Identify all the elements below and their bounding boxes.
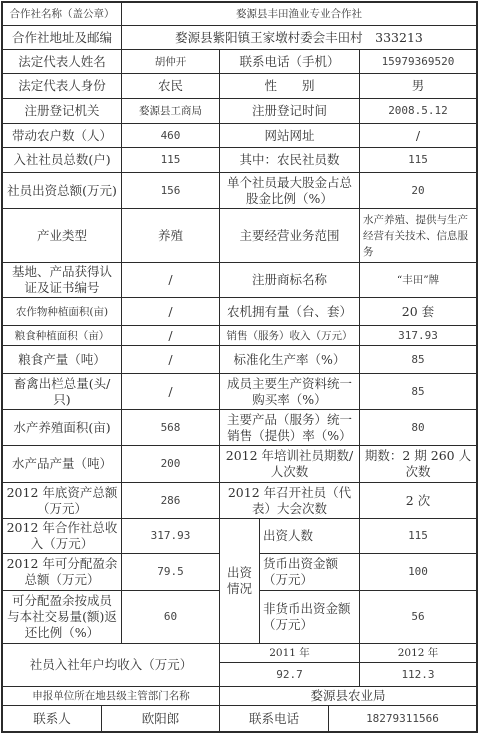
unified-sales-value: 80 [359,409,477,446]
rebate-ratio-label: 可分配盈余按成员与本社交易量(额)返还比例（%） [2,590,122,644]
industry-type-label: 产业类型 [2,208,122,263]
business-scope-label: 主要经营业务范围 [219,208,360,263]
training-label: 2012 年培训社员期数/人次数 [219,445,360,483]
unified-purchase-value: 85 [359,373,477,410]
year-2011-header: 2011 年 [219,643,360,663]
cash-capital-label: 货币出资金额（万元） [259,553,360,591]
meetings-label: 2012 年召开社员（代表）大会次数 [219,482,360,519]
standardization-label: 标准化生产率（%） [219,345,360,374]
aquaculture-area-label: 水产养殖面积(亩) [2,409,122,446]
distributable-surplus-value: 79.5 [121,553,220,591]
address-label: 合作社地址及邮编 [2,25,122,50]
max-share-label: 单个社员最大股金占总股金比例（%） [219,172,360,209]
total-income-value: 317.93 [121,518,220,554]
gender-value: 男 [359,73,477,99]
industry-type-value: 养殖 [121,208,220,263]
contact-value: 欧阳郎 [101,705,220,733]
livestock-label: 畜禽出栏总量(头/只) [2,373,122,410]
training-value: 期数：2 期 260 人次数 [359,445,477,483]
investors-label: 出资人数 [259,518,360,554]
website-label: 网站网址 [219,123,360,148]
contact-phone-value: 18279311566 [328,705,477,733]
unified-sales-label: 主要产品（服务）统一销售（提供）率（%） [219,409,360,446]
noncash-capital-value: 56 [359,590,477,644]
capital-group-label: 出资情况 [219,518,260,644]
crop-area-value: / [121,297,220,326]
grain-area-label: 粮食种植面积（亩） [2,325,122,346]
assets-label: 2012 年底资产总额（万元） [2,482,122,519]
business-scope-value: 水产养殖、提供与生产经营有关技术、信息服务 [359,208,477,263]
trademark-value: “丰田”牌 [359,262,477,298]
noncash-capital-label: 非货币出资金额（万元） [259,590,360,644]
distributable-surplus-label: 2012 年可分配盈余总额（万元） [2,553,122,591]
sales-income-value: 317.93 [359,325,477,346]
total-income-label: 2012 年合作社总收入（万元） [2,518,122,554]
year-2012-header: 2012 年 [359,643,477,663]
certification-value: / [121,262,220,298]
machinery-label: 农机拥有量（台、套） [219,297,360,326]
legal-rep-name-label: 法定代表人姓名 [2,49,122,74]
capital-total-label: 社员出资总额(万元) [2,172,122,209]
investors-value: 115 [359,518,477,554]
website-value: / [359,123,477,148]
aquatic-output-label: 水产品产量（吨） [2,445,122,483]
livestock-value: / [121,373,220,410]
avg-income-label: 社员入社年户均收入（万元） [2,643,220,687]
cash-capital-value: 100 [359,553,477,591]
reg-date-value: 2008.5.12 [359,98,477,124]
capital-total-value: 156 [121,172,220,209]
grain-output-value: / [121,345,220,374]
meetings-value: 2 次 [359,482,477,519]
crop-area-label: 农作物种植面积(亩) [2,297,122,326]
coop-name-label: 合作社名称（盖公章） [2,2,122,26]
legal-rep-identity-label: 法定代表人身份 [2,73,122,99]
certification-label: 基地、产品获得认证及证书编号 [2,262,122,298]
contact-label: 联系人 [2,705,102,733]
reg-date-label: 注册登记时间 [219,98,360,124]
sales-income-label: 销售（服务）收入（万元） [219,325,360,346]
address-value: 婺源县紫阳镇王家墩村委会丰田村 333213 [121,25,477,50]
standardization-value: 85 [359,345,477,374]
assets-value: 286 [121,482,220,519]
grain-area-value: / [121,325,220,346]
legal-rep-identity-value: 农民 [121,73,220,99]
coop-name-value: 婺源县丰田渔业专业合作社 [121,2,477,26]
machinery-value: 20 套 [359,297,477,326]
unified-purchase-label: 成员主要生产资料统一购买率（%） [219,373,360,410]
reg-authority-value: 婺源县工商局 [121,98,220,124]
rebate-ratio-value: 60 [121,590,220,644]
members-total-label: 入社社员总数(户) [2,147,122,173]
contact-phone-label: 联系电话 [219,705,329,733]
trademark-label: 注册商标名称 [219,262,360,298]
authority-label: 申报单位所在地县级主管部门名称 [2,686,220,706]
avg-income-2012-value: 112.3 [359,662,477,687]
aquatic-output-value: 200 [121,445,220,483]
gender-label: 性 别 [219,73,360,99]
max-share-value: 20 [359,172,477,209]
phone-mobile-value: 15979369520 [359,49,477,74]
members-total-value: 115 [121,147,220,173]
authority-value: 婺源县农业局 [219,686,477,706]
aquaculture-area-value: 568 [121,409,220,446]
farmers-driven-value: 460 [121,123,220,148]
farmer-members-label: 其中：农民社员数 [219,147,360,173]
grain-output-label: 粮食产量（吨） [2,345,122,374]
phone-mobile-label: 联系电话（手机） [219,49,360,74]
farmers-driven-label: 带动农户数（人） [2,123,122,148]
reg-authority-label: 注册登记机关 [2,98,122,124]
farmer-members-value: 115 [359,147,477,173]
avg-income-2011-value: 92.7 [219,662,360,687]
legal-rep-name-value: 胡仲开 [121,49,220,74]
